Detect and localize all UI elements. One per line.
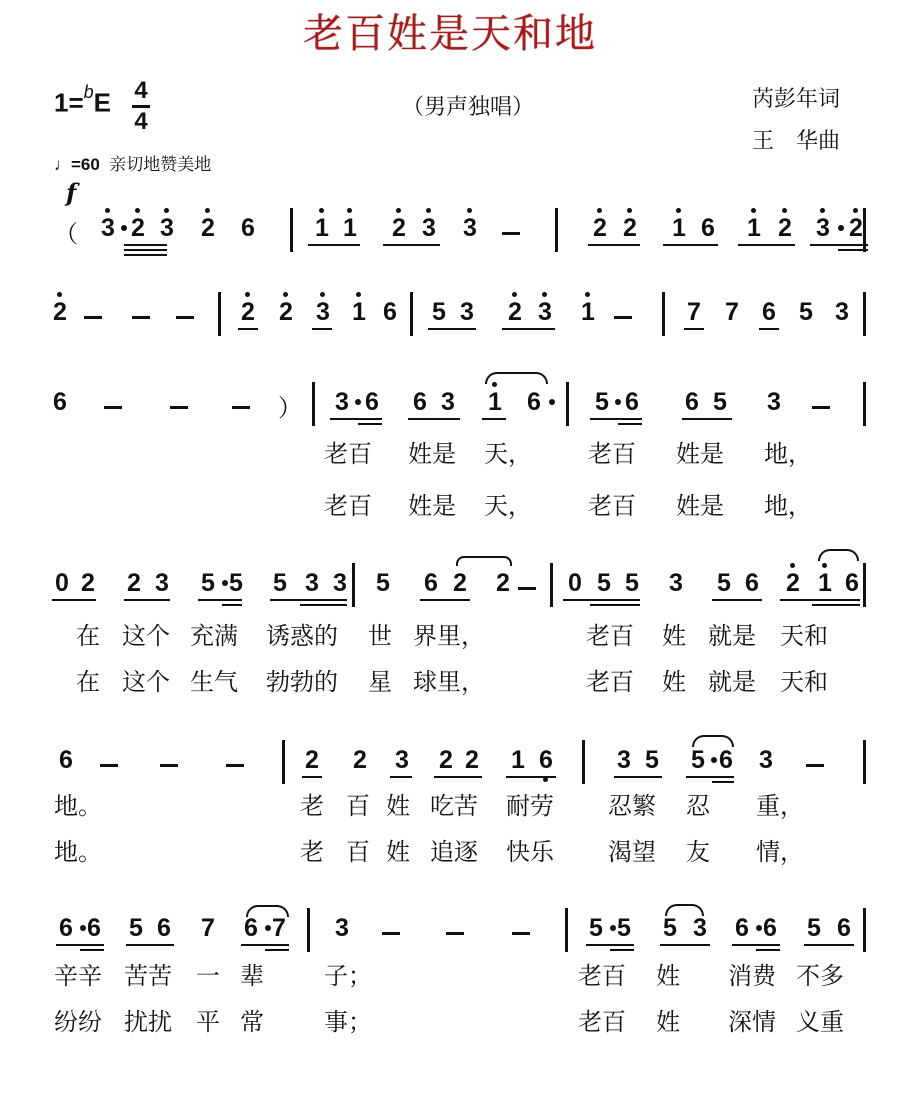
note: 3: [460, 214, 480, 242]
high-octave-dot: [751, 208, 756, 213]
beam-underline: [682, 418, 732, 420]
lyric-syllable: 老百: [324, 486, 372, 521]
sustain-dash: [170, 406, 188, 409]
note: 5: [688, 746, 708, 774]
augmentation-dot: [838, 225, 844, 231]
high-octave-dot: [542, 292, 547, 297]
slur-mark: [665, 904, 704, 916]
beam-underline: [610, 949, 634, 951]
note: 3: [535, 298, 555, 326]
sustain-dash: [104, 406, 122, 409]
high-octave-dot: [853, 208, 858, 213]
beam-underline: [759, 328, 779, 330]
note: 3: [764, 388, 784, 416]
note: 5: [642, 746, 662, 774]
lyric-syllable: 这个: [122, 616, 170, 651]
high-octave-dot: [245, 292, 250, 297]
note: 6: [732, 914, 752, 942]
beam-underline: [330, 418, 382, 420]
note: 6: [362, 388, 382, 416]
note: 6: [56, 746, 76, 774]
lyric-syllable: 就是: [708, 662, 756, 697]
lyric-syllable: 在: [76, 616, 100, 651]
lyric-syllable: 世: [368, 616, 392, 651]
beam-underline: [732, 944, 780, 946]
barline: [352, 563, 355, 607]
note: 5: [270, 569, 290, 597]
note: 3: [152, 569, 172, 597]
high-octave-dot: [347, 208, 352, 213]
expression-text: 亲切地赞美地: [109, 155, 211, 175]
barline: [863, 208, 866, 252]
sustain-dash: [502, 232, 520, 235]
lyricist-credit: 芮彭年词: [752, 82, 840, 113]
composer-credit: 王 华曲: [752, 124, 840, 155]
note: 2: [493, 569, 513, 597]
barline: [290, 208, 293, 252]
beam-underline: [308, 244, 360, 246]
lyric-syllable: 百: [346, 832, 370, 867]
note: 5: [796, 298, 816, 326]
slur-mark: [692, 735, 734, 747]
note: 6: [380, 298, 400, 326]
barline: [218, 292, 221, 336]
beam-underline: [198, 599, 242, 601]
note: 2: [78, 569, 98, 597]
lyric-syllable: 天和: [780, 616, 828, 651]
beam-underline: [590, 418, 642, 420]
high-octave-dot: [790, 563, 795, 568]
lyric-syllable: 忍: [686, 786, 710, 821]
lyric-syllable: 扰扰: [124, 1002, 172, 1037]
note: 3: [98, 214, 118, 242]
lyric-syllable: 子；: [324, 956, 372, 991]
lyric-syllable: 界里，: [413, 616, 485, 651]
beam-underline: [80, 949, 104, 951]
lyric-syllable: 老百: [578, 956, 626, 991]
note: 5: [622, 569, 642, 597]
quarter-note-icon: ♩=60: [54, 155, 100, 174]
beam-underline: [804, 944, 854, 946]
lyric-syllable: 老百: [586, 616, 634, 651]
lyric-syllable: 勃勃的: [266, 662, 338, 697]
lyric-syllable: 重，: [756, 786, 804, 821]
lyric-syllable: 就是: [708, 616, 756, 651]
note: 7: [269, 914, 289, 942]
flat-icon: b: [84, 82, 94, 102]
note: 3: [392, 746, 412, 774]
beam-underline: [810, 244, 868, 246]
beam-underline: [434, 776, 482, 778]
note: 3: [330, 569, 350, 597]
barline: [863, 382, 866, 426]
note: 5: [429, 298, 449, 326]
note: 6: [834, 914, 854, 942]
beam-underline: [586, 944, 634, 946]
beam-underline: [270, 599, 347, 601]
high-octave-dot: [676, 208, 681, 213]
high-octave-dot: [320, 292, 325, 297]
high-octave-dot: [426, 208, 431, 213]
time-signature-top: 4: [134, 77, 147, 104]
note: 1: [349, 298, 369, 326]
note: 2: [590, 214, 610, 242]
beam-underline: [238, 328, 258, 330]
lyric-syllable: 姓是: [408, 434, 456, 469]
note: 3: [157, 214, 177, 242]
note: 1: [340, 214, 360, 242]
sustain-dash: [446, 932, 464, 935]
high-octave-dot: [597, 208, 602, 213]
lyric-syllable: 星: [368, 662, 392, 697]
high-octave-dot: [105, 208, 110, 213]
lyric-syllable: 姓: [386, 786, 410, 821]
note: 5: [373, 569, 393, 597]
sustain-dash: [518, 587, 536, 590]
high-octave-dot: [283, 292, 288, 297]
note: 6: [742, 569, 762, 597]
barline: [863, 292, 866, 336]
note: 1: [508, 746, 528, 774]
beam-underline: [812, 604, 860, 606]
note: 5: [586, 914, 606, 942]
lyric-syllable: 辈: [240, 956, 264, 991]
high-octave-dot: [135, 208, 140, 213]
lyric-syllable: 消费: [728, 956, 776, 991]
barline: [662, 292, 665, 336]
beam-underline: [124, 254, 167, 256]
note: 6: [238, 214, 258, 242]
barline: [550, 563, 553, 607]
note: 6: [842, 569, 862, 597]
high-octave-dot: [585, 292, 590, 297]
note: 6: [682, 388, 702, 416]
lyric-syllable: 球里，: [413, 662, 485, 697]
lyric-syllable: 耐劳: [506, 786, 554, 821]
high-octave-dot: [820, 208, 825, 213]
note: 2: [389, 214, 409, 242]
note: 2: [128, 214, 148, 242]
beam-underline: [738, 244, 795, 246]
note: 5: [126, 914, 146, 942]
beam-underline: [506, 776, 556, 778]
high-octave-dot: [319, 208, 324, 213]
note: 6: [50, 388, 70, 416]
high-octave-dot: [512, 292, 517, 297]
high-octave-dot: [396, 208, 401, 213]
note: 5: [594, 569, 614, 597]
high-octave-dot: [205, 208, 210, 213]
note: 6: [760, 914, 780, 942]
note: 2: [276, 298, 296, 326]
parenthesis: （: [54, 214, 78, 249]
barline: [307, 908, 310, 952]
note: 3: [666, 569, 686, 597]
beam-underline: [614, 776, 662, 778]
note: 3: [332, 914, 352, 942]
note: 3: [690, 914, 710, 942]
sustain-dash: [232, 406, 250, 409]
beam-underline: [590, 604, 640, 606]
note: 3: [756, 746, 776, 774]
lyric-syllable: 这个: [122, 662, 170, 697]
lyric-syllable: 姓: [662, 616, 686, 651]
lyric-syllable: 老百: [588, 486, 636, 521]
time-signature-bottom: 4: [134, 108, 147, 135]
lyric-syllable: 姓: [656, 956, 680, 991]
note: 1: [744, 214, 764, 242]
note: 6: [622, 388, 642, 416]
lyric-syllable: 忍繁: [608, 786, 656, 821]
lyric-syllable: 姓: [656, 1002, 680, 1037]
sustain-dash: [84, 316, 102, 319]
note: 3: [614, 746, 634, 774]
note: 6: [698, 214, 718, 242]
slur-mark: [246, 905, 289, 917]
note: 0: [565, 569, 585, 597]
barline: [863, 908, 866, 952]
beam-underline: [686, 776, 734, 778]
barline: [566, 382, 569, 426]
beam-underline: [302, 776, 322, 778]
high-octave-dot: [627, 208, 632, 213]
beam-underline: [383, 244, 440, 246]
barline: [312, 382, 315, 426]
sustain-dash: [614, 316, 632, 319]
lyric-syllable: 姓是: [676, 434, 724, 469]
lyric-syllable: 快乐: [506, 832, 554, 867]
note: 6: [154, 914, 174, 942]
note: 3: [438, 388, 458, 416]
slur-mark: [818, 549, 859, 561]
lyric-syllable: 辛辛: [54, 956, 102, 991]
lyric-syllable: 渴望: [608, 832, 656, 867]
beam-underline: [502, 328, 555, 330]
note: 6: [410, 388, 430, 416]
lyric-syllable: 纷纷: [54, 1002, 102, 1037]
lyric-syllable: 天，: [484, 434, 532, 469]
lyric-syllable: 吃苦: [430, 786, 478, 821]
lyric-syllable: 义重: [796, 1002, 844, 1037]
lyric-syllable: 诱惑的: [266, 616, 338, 651]
barline: [555, 208, 558, 252]
beam-underline: [420, 599, 470, 601]
lyric-syllable: 地，: [764, 486, 812, 521]
lyric-syllable: 生气: [190, 662, 238, 697]
note: 2: [450, 569, 470, 597]
beam-underline: [408, 418, 460, 420]
slur-mark: [485, 372, 548, 384]
note: 5: [614, 914, 634, 942]
note: 1: [312, 214, 332, 242]
note: 7: [684, 298, 704, 326]
note: 3: [813, 214, 833, 242]
note: 1: [815, 569, 835, 597]
note: 3: [419, 214, 439, 242]
lyric-syllable: 地，: [764, 434, 812, 469]
barline: [565, 908, 568, 952]
sustain-dash: [806, 764, 824, 767]
augmentation-dot: [355, 399, 361, 405]
beam-underline: [780, 599, 860, 601]
note: 7: [198, 914, 218, 942]
note: 5: [804, 914, 824, 942]
sustain-dash: [512, 932, 530, 935]
dynamic-forte: f: [66, 178, 76, 207]
sustain-dash: [176, 316, 194, 319]
barline: [863, 563, 866, 607]
note: 5: [710, 388, 730, 416]
note: 5: [592, 388, 612, 416]
beam-underline: [124, 244, 167, 246]
lyric-syllable: 老百: [578, 1002, 626, 1037]
note: 1: [485, 388, 505, 416]
beam-underline: [428, 328, 476, 330]
augmentation-dot: [615, 399, 621, 405]
beam-underline: [618, 423, 642, 425]
barline: [282, 740, 285, 784]
note: 2: [436, 746, 456, 774]
lyric-syllable: 老百: [588, 434, 636, 469]
note: 6: [241, 914, 261, 942]
sustain-dash: [382, 932, 400, 935]
lyric-syllable: 情，: [756, 832, 804, 867]
note: 6: [524, 388, 544, 416]
song-title: 老百姓是天和地: [0, 2, 900, 59]
beam-underline: [756, 949, 780, 951]
note: 1: [578, 298, 598, 326]
beam-underline: [124, 599, 170, 601]
beam-underline: [222, 604, 242, 606]
note: 1: [669, 214, 689, 242]
lyric-syllable: 姓: [386, 832, 410, 867]
beam-underline: [52, 599, 96, 601]
beam-underline: [588, 244, 640, 246]
sustain-dash: [100, 764, 118, 767]
high-octave-dot: [164, 208, 169, 213]
note: 5: [198, 569, 218, 597]
note: 6: [716, 746, 736, 774]
note: 2: [350, 746, 370, 774]
performance-note: （男声独唱）: [402, 90, 534, 121]
note: 6: [759, 298, 779, 326]
note: 7: [722, 298, 742, 326]
note: 3: [302, 569, 322, 597]
note: 6: [84, 914, 104, 942]
beam-underline: [241, 944, 289, 946]
note: 3: [313, 298, 333, 326]
sustain-dash: [226, 764, 244, 767]
lyric-syllable: 平: [196, 1002, 220, 1037]
sustain-dash: [160, 764, 178, 767]
note: 6: [421, 569, 441, 597]
lyric-syllable: 地。: [54, 786, 102, 821]
note: 2: [775, 214, 795, 242]
lyric-syllable: 不多: [796, 956, 844, 991]
lyric-syllable: 百: [346, 786, 370, 821]
time-signature: 4 4: [130, 78, 152, 135]
note: 2: [238, 298, 258, 326]
augmentation-dot: [121, 225, 127, 231]
note: 0: [52, 569, 72, 597]
note: 6: [536, 746, 556, 774]
note: 2: [302, 746, 322, 774]
beam-underline: [312, 328, 332, 330]
note: 3: [332, 388, 352, 416]
beam-underline: [56, 944, 104, 946]
beam-underline: [124, 249, 167, 251]
beam-underline: [663, 244, 718, 246]
lyric-syllable: 苦苦: [124, 956, 172, 991]
note: 5: [226, 569, 246, 597]
lyric-syllable: 事；: [324, 1002, 372, 1037]
key-signature: 1=bE: [54, 86, 111, 119]
beam-underline: [390, 776, 412, 778]
beam-underline: [300, 604, 347, 606]
lyric-syllable: 深情: [728, 1002, 776, 1037]
lyric-syllable: 天和: [780, 662, 828, 697]
sustain-dash: [132, 316, 150, 319]
beam-underline: [684, 328, 704, 330]
beam-underline: [265, 949, 289, 951]
lyric-syllable: 一: [196, 956, 220, 991]
tie-mark: [456, 556, 512, 566]
lyric-syllable: 姓是: [676, 486, 724, 521]
note: 2: [124, 569, 144, 597]
tempo-marking: ♩=60 亲切地赞美地: [54, 150, 211, 175]
note: 2: [620, 214, 640, 242]
lyric-syllable: 在: [76, 662, 100, 697]
note: 2: [783, 569, 803, 597]
note: 3: [457, 298, 477, 326]
high-octave-dot: [57, 292, 62, 297]
note: 2: [50, 298, 70, 326]
note: 2: [462, 746, 482, 774]
lyric-syllable: 老: [300, 786, 324, 821]
beam-underline: [660, 944, 710, 946]
beam-underline: [712, 599, 762, 601]
lyric-syllable: 充满: [190, 616, 238, 651]
parenthesis: ）: [278, 388, 302, 423]
high-octave-dot: [356, 292, 361, 297]
augmentation-dot: [549, 399, 555, 405]
lyric-syllable: 追逐: [430, 832, 478, 867]
note: 6: [56, 914, 76, 942]
high-octave-dot: [822, 563, 827, 568]
beam-underline: [358, 423, 382, 425]
lyric-syllable: 老百: [324, 434, 372, 469]
high-octave-dot: [782, 208, 787, 213]
barline: [410, 292, 413, 336]
lyric-syllable: 常: [240, 1002, 264, 1037]
lyric-syllable: 老: [300, 832, 324, 867]
lyric-syllable: 姓是: [408, 486, 456, 521]
beam-underline: [482, 418, 506, 420]
beam-underline: [712, 781, 734, 783]
beam-underline: [126, 944, 174, 946]
note: 2: [198, 214, 218, 242]
barline: [582, 740, 585, 784]
note: 5: [660, 914, 680, 942]
beam-underline: [563, 599, 640, 601]
note: 5: [714, 569, 734, 597]
high-octave-dot: [467, 208, 472, 213]
lyric-syllable: 友: [686, 832, 710, 867]
lyric-syllable: 姓: [662, 662, 686, 697]
lyric-syllable: 地。: [54, 832, 102, 867]
lyric-syllable: 天，: [484, 486, 532, 521]
lyric-syllable: 老百: [586, 662, 634, 697]
